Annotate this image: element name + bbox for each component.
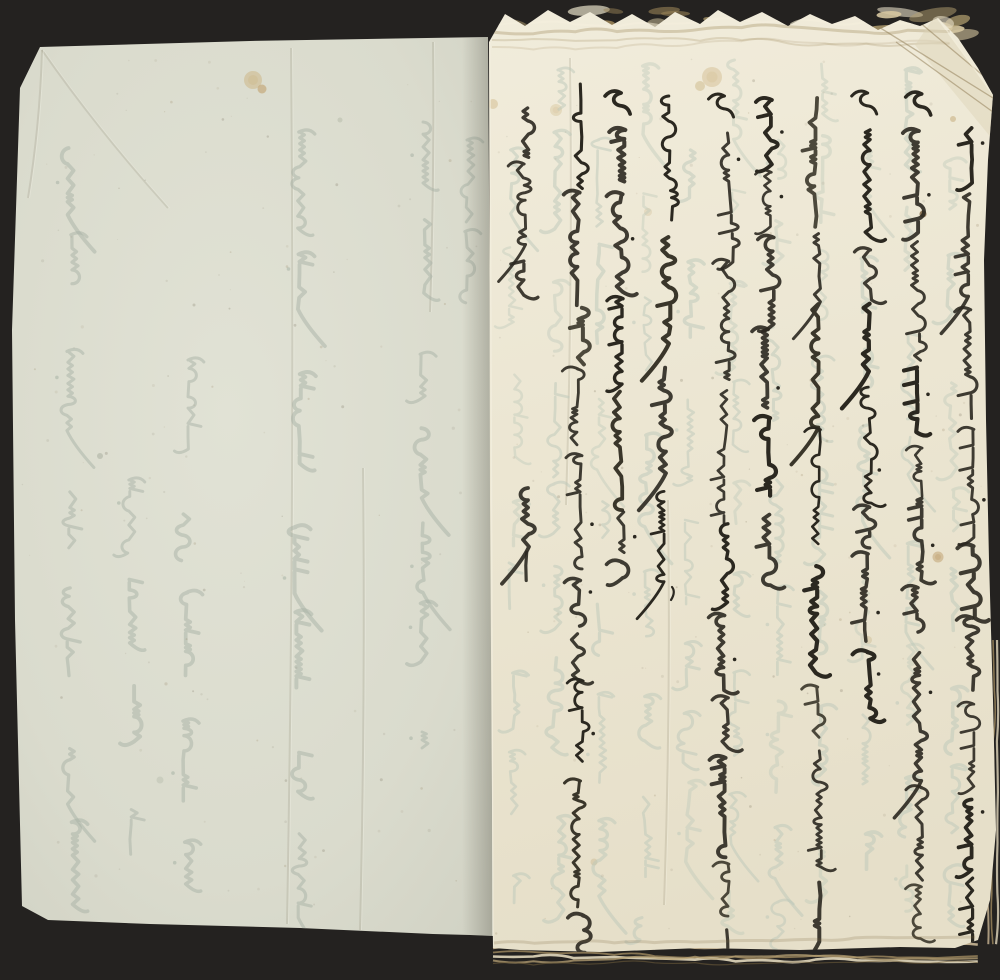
scene bbox=[0, 0, 1000, 980]
gutter-shadow bbox=[462, 37, 492, 937]
left-page bbox=[12, 37, 494, 955]
manuscript-photo bbox=[0, 0, 1000, 980]
right-page bbox=[488, 10, 996, 979]
